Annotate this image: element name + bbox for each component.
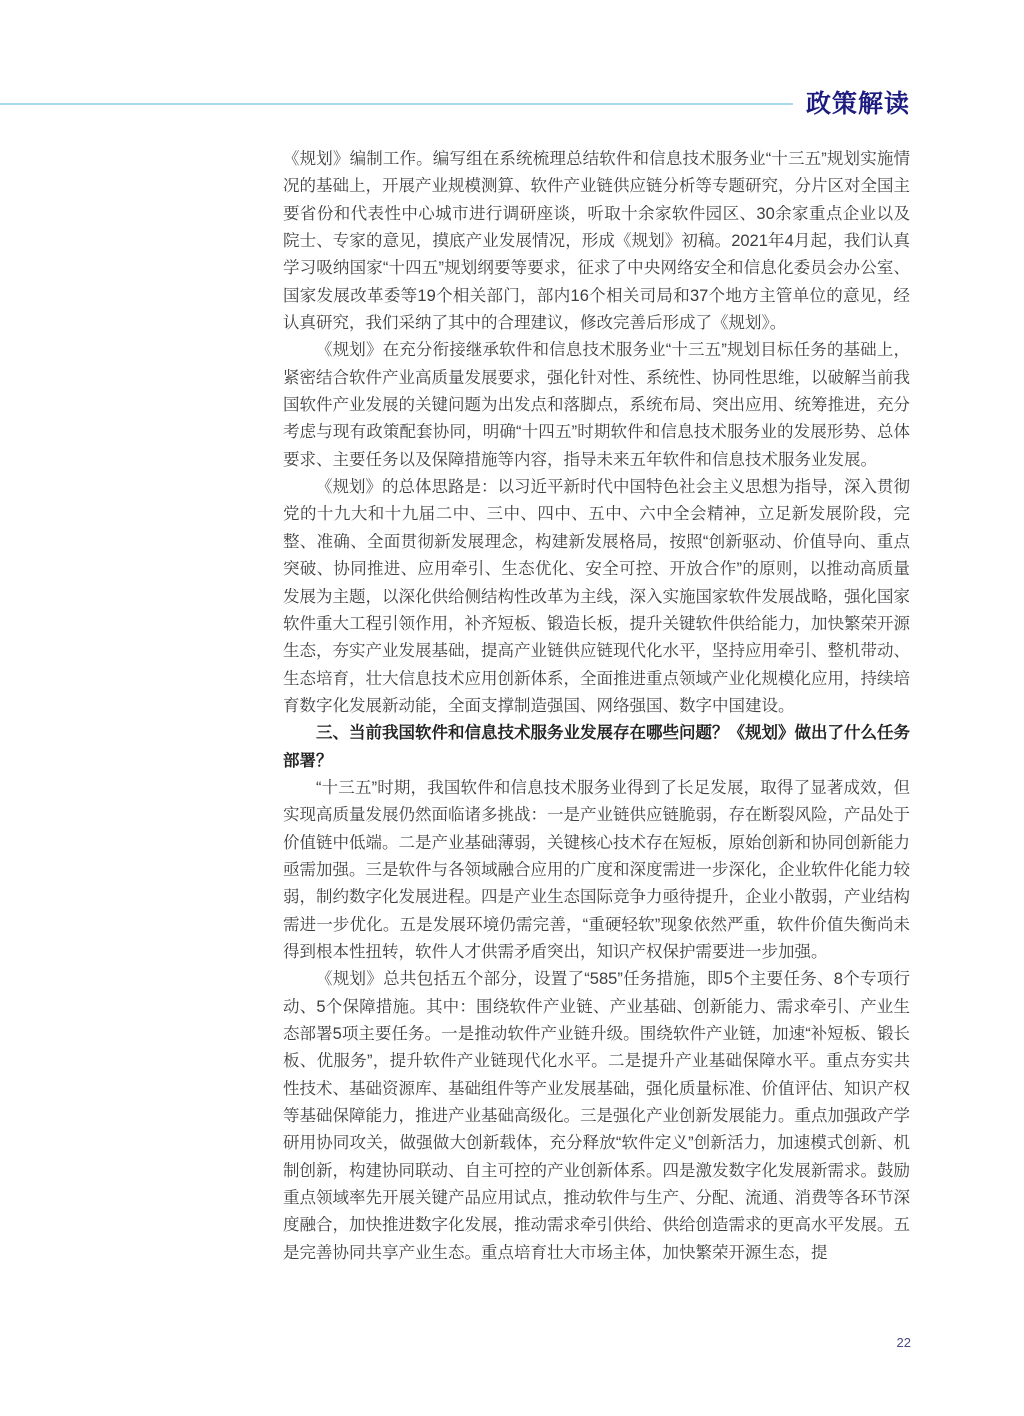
page-number: 22 [897, 1335, 911, 1350]
article: 《规划》编制工作。编写组在系统梳理总结软件和信息技术服务业“十三五”规划实施情况… [283, 146, 910, 1267]
paragraph: “十三五”时期，我国软件和信息技术服务业得到了长足发展，取得了显著成效，但实现高… [283, 775, 910, 966]
paragraph: 《规划》总共包括五个部分，设置了“585”任务措施，即5个主要任务、8个专项行动… [283, 966, 910, 1267]
paragraph: 《规划》在充分衔接继承软件和信息技术服务业“十三五”规划目标任务的基础上，紧密结… [283, 337, 910, 474]
paragraph: 《规划》的总体思路是：以习近平新时代中国特色社会主义思想为指导，深入贯彻党的十九… [283, 474, 910, 720]
document-page: 政策解读 《规划》编制工作。编写组在系统梳理总结软件和信息技术服务业“十三五”规… [0, 0, 1024, 1416]
header-rule [0, 103, 793, 105]
section-heading: 三、当前我国软件和信息技术服务业发展存在哪些问题？《规划》做出了什么任务部署？ [283, 720, 910, 775]
paragraph: 《规划》编制工作。编写组在系统梳理总结软件和信息技术服务业“十三五”规划实施情况… [283, 146, 910, 337]
page-title: 政策解读 [806, 88, 910, 120]
